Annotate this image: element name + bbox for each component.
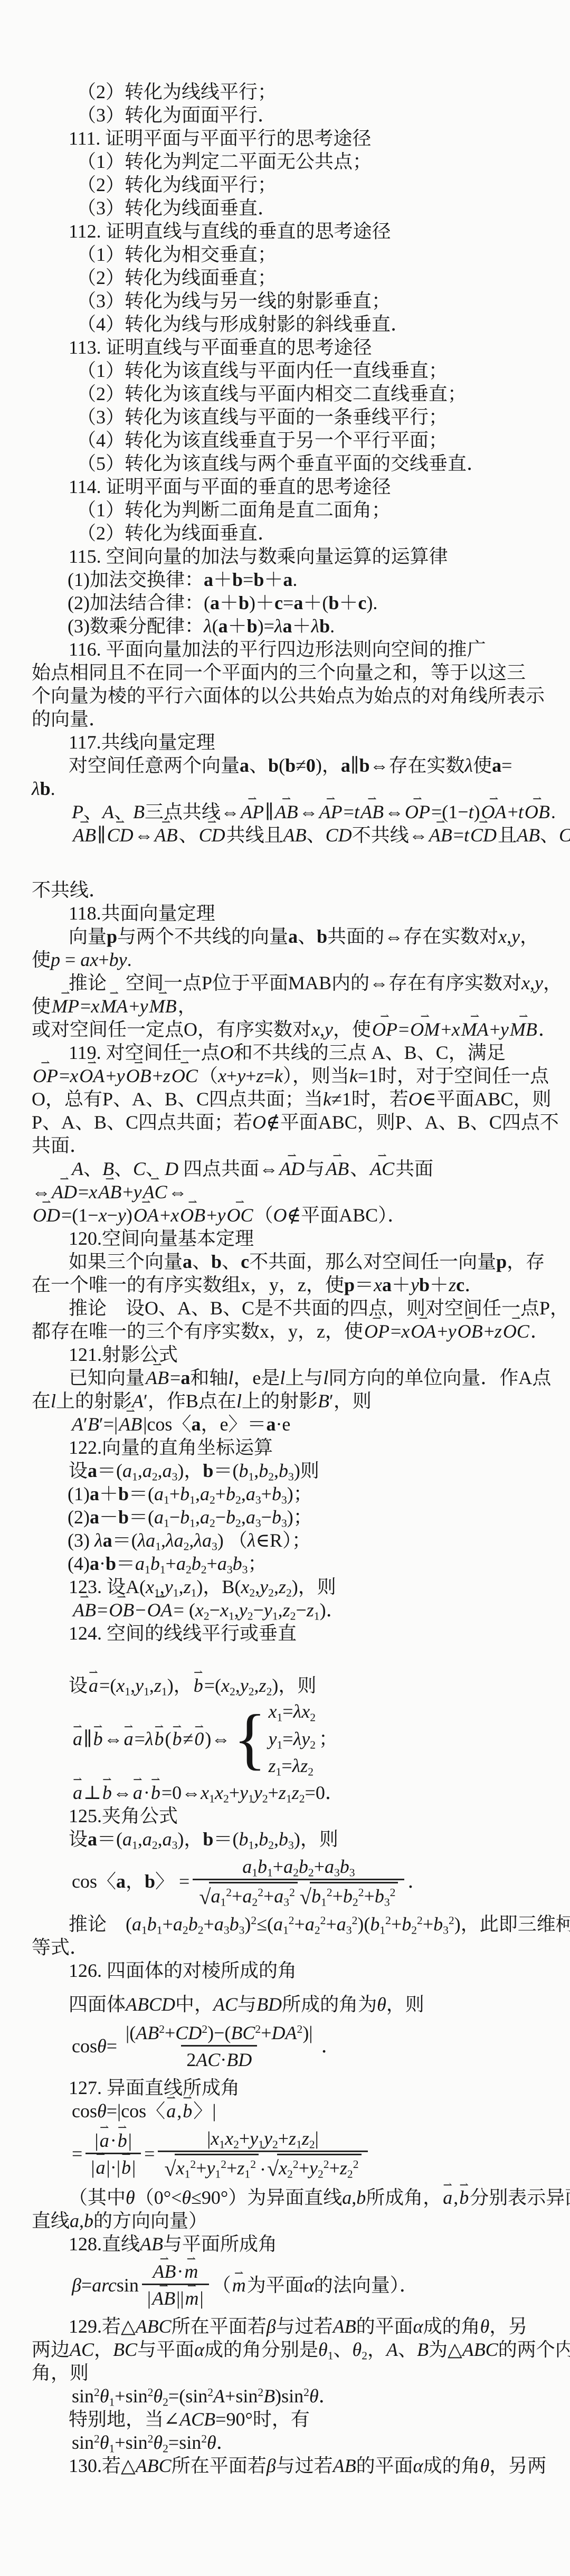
math-bold-vector: a: [288, 926, 298, 947]
math-var: y: [309, 2157, 318, 2179]
text-line: 始点相同且不在同一个平面内的三个向量之和，等于以这三: [0, 661, 570, 684]
vector-arrow: AB: [326, 1157, 349, 1180]
subscript: 1: [209, 1792, 215, 1805]
superscript: 2: [94, 2386, 100, 2399]
math-var: a: [246, 1483, 255, 1504]
math-bold-vector: a: [283, 615, 292, 637]
vector-arrow: OA: [79, 1064, 104, 1087]
subscript: 2: [230, 1685, 235, 1698]
math-var: D: [165, 1158, 178, 1179]
math-var: b: [356, 2187, 366, 2208]
text-line: 设a＝(a1,a2,a3)，b＝(b1,b2,b3)，则: [0, 1827, 570, 1851]
text-line: 使p = ax+by.: [0, 948, 570, 971]
subscript: 1: [276, 1766, 282, 1778]
math-var: β: [267, 2455, 276, 2476]
subscript: 1: [328, 2350, 334, 2362]
math-var: y: [240, 1675, 249, 1696]
subscript: 1: [145, 1563, 150, 1576]
math-var: β: [72, 2275, 81, 2296]
subscript: 2: [152, 1470, 158, 1483]
math-var: k: [274, 1065, 283, 1086]
math-bold-vector: c: [358, 592, 366, 613]
subscript: 1: [155, 1540, 161, 1552]
math-var: y: [117, 1065, 125, 1086]
math-var: λ: [138, 1530, 146, 1551]
superscript: 2: [201, 2433, 207, 2446]
text-line: cosθ=|cos〈a,b〉|: [0, 2099, 570, 2123]
subscript: 2: [362, 2350, 367, 2362]
subscript: 1: [141, 1924, 147, 1936]
math-var: θ: [309, 2385, 319, 2407]
math-var: b: [84, 2210, 93, 2231]
math-var: a: [154, 1483, 164, 1504]
math-var: l: [323, 1367, 328, 1388]
math-var: θ: [153, 2432, 163, 2453]
subscript: 3: [281, 1517, 287, 1529]
math-var: O: [273, 1205, 287, 1226]
math-var: B: [417, 2339, 429, 2360]
vector-arrow: b: [151, 1781, 160, 1804]
subscript: 3: [288, 1839, 294, 1851]
math-bold-vector: b: [319, 615, 330, 637]
text-line: （2）转化为线面垂直．: [0, 522, 570, 545]
math-bold-vector: c: [456, 1274, 464, 1295]
subscript: 2: [308, 1766, 313, 1778]
math-var: z: [269, 1755, 276, 1776]
text-line: OD=(1−x−y)OA+xOB+yOC（O∉平面ABC）．: [0, 1204, 570, 1227]
math-var: B: [88, 1414, 99, 1435]
vector-arrow: OA: [411, 1320, 436, 1343]
subscript: 3: [346, 1924, 352, 1936]
math-var: α: [413, 2316, 423, 2337]
superscript: 2: [327, 1886, 332, 1899]
vector-arrow: OD: [33, 1204, 60, 1227]
math-bold-vector: b: [253, 569, 264, 590]
text-line: 的向量．: [0, 707, 570, 731]
superscript: 2: [207, 2386, 213, 2399]
math-var: O: [252, 1112, 266, 1133]
subscript: 1: [189, 1517, 195, 1529]
math-var: b: [375, 1886, 384, 1907]
math-var: b: [370, 1914, 379, 1935]
superscript: 2: [385, 1914, 391, 1927]
fraction: a1b1+a2b2+a3b3a12+a22+a32b12+b22+b32: [193, 1855, 404, 1908]
math-var: a: [163, 1460, 172, 1481]
text-line: (1)a＋b＝(a1+b1,a2+b2,a3+b3)；: [0, 1482, 570, 1505]
math-var: AB: [140, 2233, 163, 2255]
math-var: a: [142, 1829, 152, 1850]
math-var: l: [51, 1390, 56, 1412]
subscript: 2: [272, 2138, 278, 2151]
subscript: 1: [185, 2167, 191, 2180]
math-var: x: [374, 1274, 382, 1295]
subscript: 2: [186, 1563, 192, 1576]
subscript: 2: [235, 1493, 241, 1506]
subscript: 1: [215, 2167, 221, 2180]
subscript: 1: [132, 1470, 138, 1483]
text-line: β=arc sinAB·m|AB||m|（m为平面α的法向量）．: [0, 2260, 570, 2310]
vector-arrow: a: [124, 1728, 134, 1750]
math-var: a: [246, 1507, 255, 1528]
math-var: b: [226, 1507, 235, 1528]
math-var: x: [241, 1576, 249, 1597]
math-bold-vector: b: [419, 1274, 430, 1295]
subscript: 2: [235, 1517, 241, 1529]
subscript: 1: [160, 1563, 166, 1576]
math-var: b: [259, 1829, 268, 1850]
math-var: y: [411, 1274, 419, 1295]
math-var: θ: [153, 2385, 163, 2407]
math-var: x: [221, 1675, 230, 1696]
subscript: 2: [249, 1586, 255, 1599]
text-line: 特别地，当∠ACB=90°时，有: [0, 2408, 570, 2431]
math-var: z: [279, 1576, 286, 1597]
text-line: 不共线．: [0, 878, 570, 902]
math-var: θ: [480, 2455, 490, 2476]
math-var: x: [498, 926, 507, 947]
fraction: |a·b||a|·|b|: [85, 2129, 141, 2180]
superscript: 2: [255, 2023, 261, 2035]
subscript: 1: [296, 2138, 302, 2151]
vector-arrow: OC: [226, 1204, 253, 1227]
math-var: y: [206, 2157, 215, 2179]
square-root: b12+b22+b32: [300, 1882, 398, 1908]
math-var: b: [233, 1553, 242, 1574]
subscript: 2: [268, 1470, 274, 1483]
math-var: θ: [97, 2035, 107, 2057]
text-line: （1）转化为判断二面角是直二面角；: [0, 498, 570, 522]
math-var: b: [230, 1914, 239, 1935]
subscript: 2: [353, 1896, 358, 1908]
text-line: (2)a－b＝(a1−b1,a2−b2,a3−b3)；: [0, 1505, 570, 1529]
math-var: l: [280, 1367, 285, 1388]
superscript: 2: [390, 1886, 396, 1899]
text-line: （3）转化为该直线与平面的一条垂线平行；: [0, 405, 570, 429]
subscript: 1: [267, 1866, 273, 1879]
vector-arrow: AB: [429, 823, 452, 847]
math-var: y: [325, 1019, 333, 1040]
text-line: 115. 空间向量的加法与数乘向量运算的运算律: [0, 545, 570, 568]
math-bold-vector: a: [88, 1460, 97, 1481]
subscript: 1: [248, 1839, 254, 1851]
subscript: 1: [157, 1924, 163, 1936]
math-var: y: [301, 1728, 310, 1749]
text-line: cosθ = |(AB2+CD2)−(BC2+DA2)|2AC·BD．: [0, 2021, 570, 2072]
vector-arrow: MA: [100, 995, 128, 1018]
math-var: b: [239, 1829, 248, 1850]
math-var: z: [495, 1321, 502, 1342]
math-bold-vector: c: [241, 1251, 249, 1272]
math-bold-vector: a: [240, 755, 249, 776]
text-line: 124. 空间的线线平行或垂直: [0, 1622, 570, 1645]
math-bold-vector: a: [341, 755, 350, 776]
math-var: θ: [377, 1994, 386, 2015]
superscript: 2: [324, 2158, 329, 2171]
math-var: a: [142, 1460, 152, 1481]
text-line: 121.射影公式: [0, 1343, 570, 1366]
math-var: a: [154, 1507, 164, 1528]
math-var: CD: [175, 2022, 202, 2043]
math-var: z: [307, 1599, 314, 1621]
math-bold-vector: b: [268, 755, 279, 776]
subscript: 2: [184, 1540, 189, 1552]
math-var: λ: [274, 615, 283, 637]
math-var: θ: [207, 2432, 216, 2453]
superscript: 2: [320, 1914, 326, 1927]
math-bold-vector: b: [145, 1871, 155, 1892]
subscript: 2: [152, 1839, 158, 1851]
vector-arrow: AB: [155, 823, 178, 847]
text-line: P、A、B、C四点共面；若O∉平面ABC，则P、A、B、C四点不: [0, 1111, 570, 1134]
math-var: x: [452, 1019, 460, 1040]
math-var: CD: [326, 825, 352, 846]
text-line: （4）转化为线与形成射影的斜线垂直．: [0, 312, 570, 336]
math-var: DA: [272, 2022, 297, 2043]
math-var: λ: [248, 1530, 256, 1551]
text-line: A′B′=|AB|cos〈a，e〉＝a·e: [0, 1413, 570, 1436]
vector-arrow: 0: [194, 1728, 204, 1750]
math-bold-vector: b: [40, 778, 51, 799]
math-var: x: [301, 1701, 310, 1722]
math-var: BC: [231, 2022, 255, 2043]
superscript: 2: [293, 2158, 299, 2171]
math-var: b: [239, 1460, 248, 1481]
text-line: 在l上的射影A′，作B点在l上的射影B′，则: [0, 1389, 570, 1413]
vector-arrow: AB: [119, 1413, 142, 1436]
math-var: a: [200, 1483, 210, 1504]
math-var: C: [133, 1158, 146, 1179]
math-var: λ: [94, 1530, 103, 1551]
math-var: x: [195, 1599, 204, 1621]
superscript: 2: [417, 1914, 423, 1927]
text-line: 119. 对空间任一点O和不共线的三点 A、B、C，满足: [0, 1041, 570, 1064]
subscript: 1: [173, 1586, 179, 1599]
vector-arrow: a: [96, 2156, 106, 2180]
math-var: t: [469, 801, 474, 822]
subscript: 2: [309, 2138, 315, 2151]
math-var: y: [254, 1782, 262, 1803]
math-var: x: [201, 1782, 209, 1803]
math-var: a: [273, 1914, 283, 1935]
math-var: AC: [70, 2339, 94, 2360]
superscript: 2: [258, 2386, 263, 2399]
subscript: 1: [125, 1685, 130, 1698]
text-line: 推论 (a1b1+a2b2+a3b3)2≤(a12+a22+a32)(b12+b…: [0, 1912, 570, 1936]
math-var: B: [318, 1390, 329, 1412]
vector-arrow: CD: [199, 823, 225, 847]
math-var: λ: [465, 755, 473, 776]
math-var: x: [116, 1675, 125, 1696]
math-var: θ: [353, 2339, 362, 2360]
subscript: 1: [109, 2396, 115, 2409]
vector-arrow: OP: [405, 800, 430, 823]
text-line: OP=xOA+yOB+zOC（x+y+z=k），则当k=1时，对于空间任一点: [0, 1064, 570, 1087]
math-var: λ: [293, 1728, 302, 1749]
math-var: y: [535, 972, 543, 993]
math-var: x: [269, 1701, 277, 1722]
math-var: b: [226, 1483, 235, 1504]
math-var: b: [279, 1829, 288, 1850]
subscript: 3: [255, 1517, 261, 1529]
vector-arrow: AB: [152, 2287, 175, 2310]
math-bold-vector: a: [103, 1530, 112, 1551]
math-bold-vector: b: [285, 755, 296, 776]
math-var: a: [283, 1856, 293, 1877]
math-bold-vector: a: [90, 1553, 99, 1574]
subscript: 3: [255, 1493, 261, 1506]
math-bold-vector: p: [107, 926, 117, 947]
subscript: 1: [220, 1896, 226, 1908]
math-var: α: [413, 2455, 423, 2476]
math-var: a: [337, 1914, 346, 1935]
superscript: 2: [258, 1886, 263, 1899]
square-root: x12+y12+z12: [164, 2154, 259, 2180]
math-var: a: [217, 1553, 227, 1574]
math-bold-vector: a: [492, 755, 501, 776]
text-line: （1）转化为该直线与平面内任一直线垂直；: [0, 359, 570, 382]
math-bold-vector: b: [211, 1251, 222, 1272]
text-line: ⇔AD=xAB+yAC⇔: [0, 1180, 570, 1204]
math-var: a: [325, 1856, 334, 1877]
math-bold-vector: b: [359, 755, 370, 776]
subscript: 1: [321, 1896, 327, 1908]
superscript: 2: [303, 2386, 309, 2399]
vector-arrow: AB: [146, 1366, 169, 1389]
subscript: 1: [189, 1493, 195, 1506]
math-var: α: [304, 2275, 314, 2296]
math-var: x: [99, 1205, 107, 1226]
text-line: cos〈a，b〉 = a1b1+a2b2+a3b3a12+a22+a32b12+…: [0, 1855, 570, 1908]
math-var: y: [135, 1675, 144, 1696]
math-var: A: [102, 801, 114, 822]
math-bold-vector: p: [344, 1274, 355, 1295]
math-var: b: [343, 1886, 353, 1907]
math-var: λ: [204, 615, 212, 637]
subscript: 1: [277, 1711, 283, 1723]
math-var: x: [211, 2128, 219, 2149]
math-var: x: [401, 1321, 410, 1342]
math-var: x: [170, 1205, 179, 1226]
math-var: O: [220, 1042, 234, 1063]
vector-arrow: AB: [73, 823, 96, 847]
math-var: BD: [256, 1994, 282, 2015]
math-var: a: [122, 1460, 132, 1481]
math-bold-vector: b: [247, 615, 258, 637]
math-var: β: [267, 2316, 276, 2337]
math-var: λ: [311, 615, 320, 637]
vector-arrow: b: [459, 2186, 469, 2209]
math-var: x: [176, 2157, 185, 2179]
math-var: z: [449, 1274, 456, 1295]
text-line: （1）转化为判定二平面无公共点；: [0, 150, 570, 173]
text-line: (3)数乘分配律：λ(a＋b)=λa＋λb.: [0, 614, 570, 638]
subscript: 2: [268, 1586, 274, 1599]
superscript: 2: [250, 2158, 256, 2171]
math-bold-vector: b: [328, 592, 339, 613]
math-bold-vector: b: [118, 1483, 129, 1504]
subscript: 2: [204, 1609, 210, 1622]
math-bold-vector: a: [180, 1367, 190, 1388]
subscript: 2: [315, 1924, 320, 1936]
subscript: 3: [384, 1896, 390, 1908]
subscript: 1: [161, 1685, 167, 1698]
text-line: sin2θ1+sin2θ2=(sin2A+sin2B)sin2θ．: [0, 2384, 570, 2408]
subscript: 1: [132, 1839, 138, 1851]
math-var: λ: [32, 778, 40, 799]
math-var: a: [173, 1914, 183, 1935]
vector-arrow: a: [73, 1781, 82, 1804]
math-var: AB: [517, 825, 540, 846]
subscript: 3: [172, 1470, 178, 1483]
math-var: θ: [480, 2316, 490, 2337]
vector-arrow: CD: [470, 823, 497, 847]
vector-arrow: AB: [275, 800, 298, 823]
math-bold-vector: a: [183, 1251, 192, 1272]
math-var: b: [279, 1460, 288, 1481]
math-var: y: [140, 996, 148, 1017]
math-var: A: [72, 1158, 83, 1179]
vector-arrow: AD: [279, 1157, 305, 1180]
subscript: 1: [272, 1609, 278, 1622]
math-var: a: [274, 1886, 283, 1907]
subscript: 1: [248, 1792, 254, 1805]
text-line: a⊥b⇔a·b=0⇔x1x2+y1y2+z1z2=0．: [0, 1781, 570, 1804]
superscript: 2: [148, 2386, 154, 2399]
math-var: b: [272, 1507, 281, 1528]
math-var: y: [448, 1321, 457, 1342]
math-var: α: [194, 2339, 204, 2360]
superscript: 2: [221, 2158, 226, 2171]
math-var: x: [91, 996, 99, 1017]
square-root: x22+y22+z22: [267, 2154, 362, 2180]
subscript: 2: [299, 1792, 305, 1805]
math-var: b: [259, 1460, 268, 1481]
math-var: y: [500, 1019, 509, 1040]
math-var: y: [165, 1576, 173, 1597]
text-line: 118.共面向量定理: [0, 902, 570, 925]
math-var: p: [51, 949, 60, 970]
math-var: O: [408, 1088, 422, 1110]
math-var: θ: [100, 2432, 109, 2453]
math-bold-vector: p: [496, 1251, 507, 1272]
math-var: l: [228, 1367, 233, 1388]
math-bold-vector: b: [203, 1460, 213, 1481]
superscript: 2: [449, 1914, 454, 1927]
superscript: 2: [353, 2158, 359, 2171]
math-var: t: [354, 801, 359, 822]
vector-arrow: AB: [360, 800, 384, 823]
superscript: 2: [251, 1914, 256, 1927]
vector-arrow: OM: [410, 1018, 440, 1041]
math-var: z: [237, 2157, 244, 2179]
math-var: y: [269, 1728, 277, 1749]
math-var: a: [163, 1829, 172, 1850]
vector-arrow: AB: [73, 1598, 96, 1622]
math-var: z: [292, 1782, 299, 1803]
vector-arrow: OC: [172, 1064, 198, 1087]
subscript: 2: [290, 1609, 296, 1622]
subscript: 3: [443, 1924, 449, 1936]
vector-arrow: AC: [370, 1157, 394, 1180]
math-var: a: [242, 1856, 252, 1877]
math-var: x: [279, 2157, 287, 2179]
math-bold-vector: a: [90, 1507, 99, 1528]
math-var: z: [302, 2128, 309, 2149]
text-line: （3）转化为面面平行．: [0, 103, 570, 127]
math-var: ax: [80, 949, 98, 970]
text-line: 112. 证明直线与直线的垂直的思考途径: [0, 220, 570, 243]
subscript: 2: [267, 1685, 272, 1698]
